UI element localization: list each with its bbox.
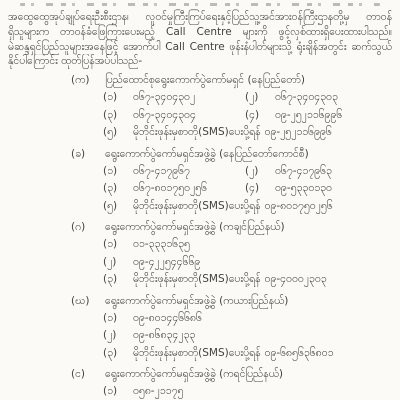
document-page: အထွေထွေအုပ်ချုပ်ရေးဦးစီးဌာန၊ လူဝင်မှုကြီ… (0, 0, 400, 400)
sms-row: (၃) မိုဘိုင်းဖုန်းမှစာတို(SMS)ပေးပို့ရန်… (103, 272, 400, 290)
entry-number-label: (၁) (103, 238, 133, 253)
section-heading-nga: (င) ရွေးကောက်ပွဲကော်မရှင်အဖွဲ့ခွဲ (ကရင်ပ… (71, 367, 400, 384)
sms-row: (၅) မိုဘိုင်းဖုန်းမှစာတို(SMS)ပေးပို့ရန်… (103, 199, 400, 217)
section-title: ရွေးကောက်ပွဲကော်မရှင်အဖွဲ့ခွဲ (ကချင်ပြည်… (105, 221, 285, 236)
phone-number: ၀၉-၅၃၃၀၁၃၀ (275, 182, 332, 197)
intro-line-1: အထွေထွေအုပ်ချုပ်ရေးဦးစီးဌာန၊ လူဝင်မှုကြီ… (8, 10, 392, 25)
entry-number-label: (၄) (245, 182, 275, 197)
entry-number-label: (၁) (103, 385, 133, 400)
phone-number: ၀၆၇-၄၁၇၉၆၃ (275, 165, 332, 180)
intro-line-3: မဲဆန္ဒရှင်ပြည်သူများအနေဖြင့် အောက်ပါ Cal… (8, 40, 392, 55)
phone-row: (၁) ၀၁-၃၃၃၁၆၃၅ (103, 237, 400, 255)
entry-number-label: (၁) (103, 165, 133, 180)
phone-row: (၃) ၀၆၇-၈၀၁၇၅၀၂၅၆ (၄) ၀၉-၅၃၃၀၁၃၀ (103, 181, 400, 199)
entry-number-label: (၂) (103, 256, 133, 271)
intro-line-4: နိုင်ပါကြောင်း ထုတ်ပြန်အပ်ပါသည်- (8, 54, 392, 69)
phone-row: (၁) ၀၆၇-၄၁၇၉၆၇ (၂) ၀၆၇-၄၁၇၉၆၃ (103, 164, 400, 182)
entry-number-label: (၅) (103, 200, 133, 215)
section-title: ရွေးကောက်ပွဲကော်မရှင်အဖွဲ့ခွဲ (ကယားပြည်န… (105, 295, 288, 310)
phone-number: ၀၉-၈၆၈၃၄၂၃၃ (133, 329, 195, 344)
section-heading-gha: (ဃ) ရွေးကောက်ပွဲကော်မရှင်အဖွဲ့ခွဲ (ကယားပ… (71, 294, 400, 311)
phone-number: ၀၉-၂၅၂၁၁၆၉၉၆ (275, 109, 342, 124)
phone-row: (၁) ၀၉-၈၀၁၄၄၆၆၈၆ (103, 311, 400, 329)
phone-row: (၁) ၀၅၈-၂၁၁၇၅ (103, 384, 400, 400)
phone-number: ၀၆၇-၄၁၇၉၆၇ (133, 165, 245, 180)
entry-number-label: (၁) (103, 312, 133, 327)
phone-number: ၀၉-၄၀၀၀၂၃၀၃ (265, 273, 327, 288)
sms-label: မိုဘိုင်းဖုန်းမှစာတို(SMS)ပေးပို့ရန် (133, 200, 261, 215)
phone-row: (၁) ၀၆၇-၃၄၀၄၃၀၂ (၂) ၀၆၇-၃၄၀၄၃၀၃ (103, 90, 400, 108)
entry-number-label: (၃) (103, 182, 133, 197)
phone-number: ၀၉-၈၀၁၇၅၀၂၅၆ (265, 200, 333, 215)
entry-number-label: (၃) (103, 273, 133, 288)
section-title: ရွေးကောက်ပွဲကော်မရှင်အဖွဲ့ခွဲ (နေပြည်တော… (105, 148, 309, 163)
entry-number-label: (၂) (245, 165, 275, 180)
phone-row: (၃) ၀၆၇-၃၄၀၄၃၀၄ (၄) ၀၉-၂၅၂၁၁၆၉၉၆ (103, 108, 400, 126)
phone-number: ၀၉-၈၀၁၄၄၆၆၈၆ (133, 312, 202, 327)
section-label: (က) (71, 74, 96, 89)
phone-number: ၀၆၇-၃၄၀၄၃၀၂ (133, 91, 245, 106)
section-label: (င) (71, 368, 96, 383)
entry-number-label: (၂) (245, 91, 275, 106)
phone-number: ၀၉-၄၂၂၅၄၄၆၆၉ (133, 256, 200, 271)
cut-off-text-top (14, 0, 386, 7)
phone-number: ၀၆၇-၈၀၁၇၅၀၂၅၆ (133, 182, 245, 197)
sms-label: မိုဘိုင်းဖုန်းမှစာတို(SMS)ပေးပို့ရန် (133, 126, 261, 141)
entry-number-label: (၃) (103, 347, 133, 362)
entry-number-label: (၃) (103, 109, 133, 124)
phone-number: ၀၆၇-၃၄၀၄၃၀၃ (275, 91, 338, 106)
phone-number: ၀၉-၆၈၅၆၃၆၈၀၁ (265, 347, 334, 362)
phone-row: (၂) ၀၉-၈၆၈၃၄၂၃၃ (103, 328, 400, 346)
phone-number: ၀၉-၂၅၂၁၁၆၉၉၆ (265, 126, 332, 141)
sms-row: (၅) မိုဘိုင်းဖုန်းမှစာတို(SMS)ပေးပို့ရန်… (103, 125, 400, 143)
sms-label: မိုဘိုင်းဖုန်းမှစာတို(SMS)ပေးပို့ရန် (133, 273, 261, 288)
sms-label: မိုဘိုင်းဖုန်းမှစာတို(SMS)ပေးပို့ရန် (133, 347, 261, 362)
entry-number-label: (၄) (245, 109, 275, 124)
entry-number-label: (၅) (103, 126, 133, 141)
intro-line-2: ရှိသူများက တာဝန်ခံဖြေကြားပေးမည့် Call Ce… (8, 25, 392, 40)
phone-number: ၀၅၈-၂၁၁၇၅ (133, 385, 183, 400)
intro-paragraph: အထွေထွေအုပ်ချုပ်ရေးဦးစီးဌာန၊ လူဝင်မှုကြီ… (8, 10, 392, 69)
section-heading-ga: (ဂ) ရွေးကောက်ပွဲကော်မရှင်အဖွဲ့ခွဲ (ကချင်… (71, 220, 400, 237)
entry-number-label: (၂) (103, 329, 133, 344)
section-label: (ဃ) (71, 295, 96, 310)
phone-number: ၀၁-၃၃၃၁၆၃၅ (133, 238, 190, 253)
section-label: (ဂ) (71, 221, 96, 236)
section-title: ရွေးကောက်ပွဲကော်မရှင်အဖွဲ့ခွဲ (ကရင်ပြည်န… (105, 368, 283, 383)
phone-number: ၀၆၇-၃၄၀၄၃၀၄ (133, 109, 245, 124)
sms-row: (၃) မိုဘိုင်းဖုန်းမှစာတို(SMS)ပေးပို့ရန်… (103, 346, 400, 364)
entry-number-label: (၁) (103, 91, 133, 106)
phone-row: (၂) ၀၉-၄၂၂၅၄၄၆၆၉ (103, 255, 400, 273)
section-title: ပြည်ထောင်စုရွေးကောက်ပွဲကော်မရှင် (နေပြည်… (105, 74, 305, 89)
section-heading-ka: (က) ပြည်ထောင်စုရွေးကောက်ပွဲကော်မရှင် (နေ… (71, 73, 400, 90)
section-label: (ခ) (71, 148, 96, 163)
section-heading-kha: (ခ) ရွေးကောက်ပွဲကော်မရှင်အဖွဲ့ခွဲ (နေပြည… (71, 147, 400, 164)
